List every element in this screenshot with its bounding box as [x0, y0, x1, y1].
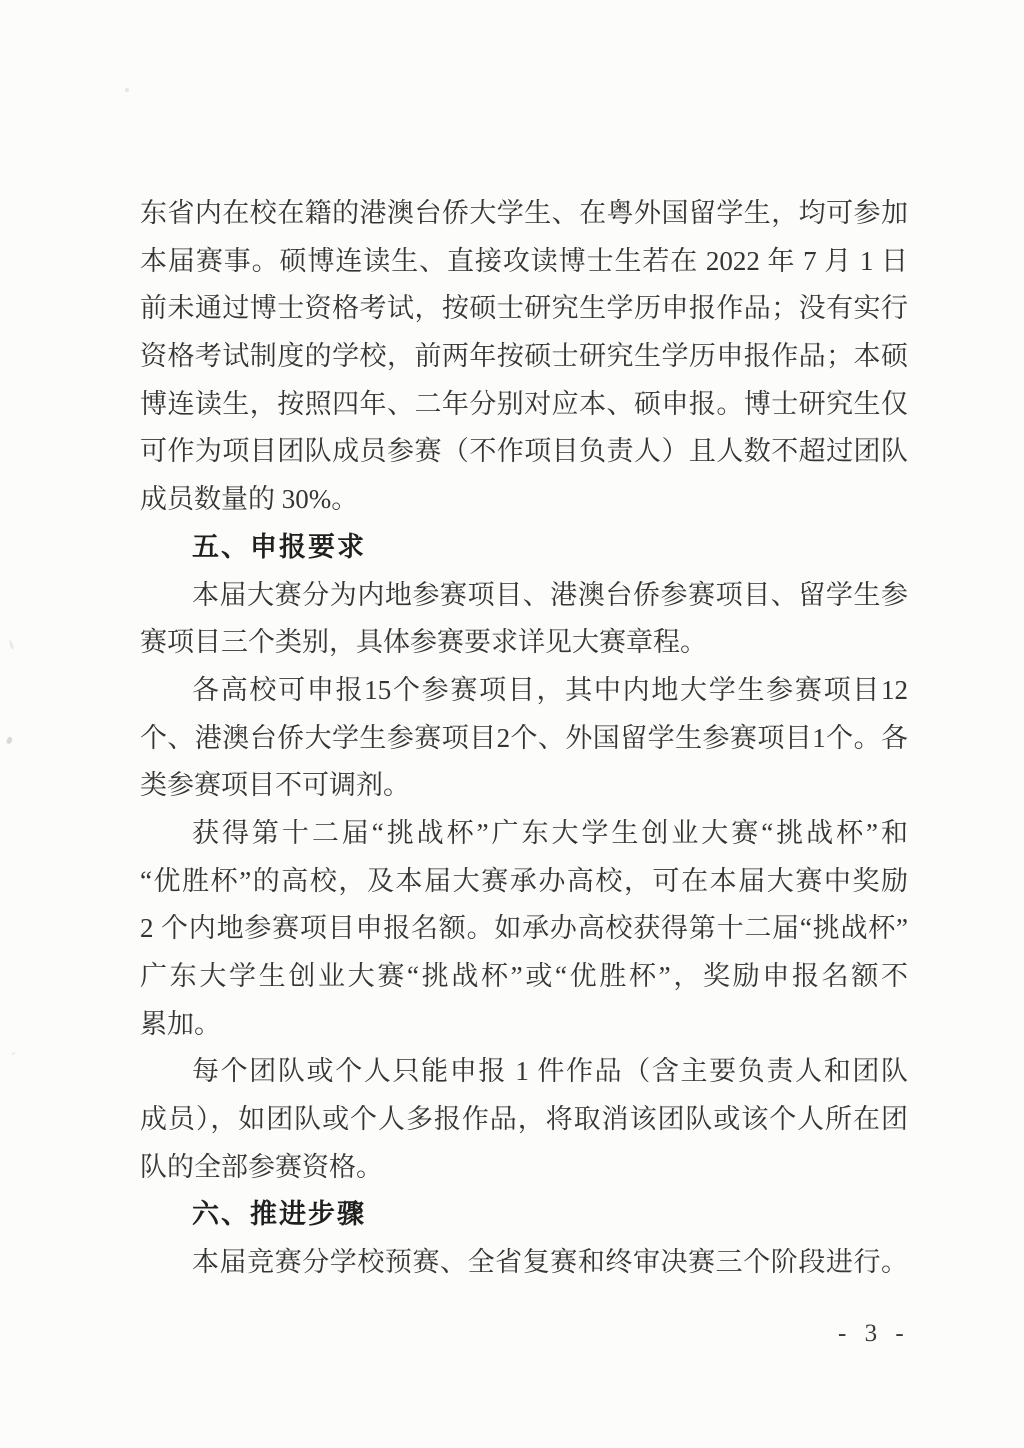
section-heading: 六、推进步骤 — [140, 1191, 908, 1239]
document-line: 2 个内地参赛项目申报名额。如承办高校获得第十二届“挑战杯” — [140, 905, 908, 953]
scan-artifact — [12, 1052, 15, 1055]
document-line: 东省内在校在籍的港澳台侨大学生、在粤外国留学生，均可参加 — [140, 190, 908, 238]
document-line: 成员数量的 30%。 — [140, 476, 908, 524]
document-line: 个、港澳台侨大学生参赛项目2个、外国留学生参赛项目1个。各 — [140, 715, 908, 763]
document-line: 成员），如团队或个人多报作品，将取消该团队或该个人所在团 — [140, 1096, 908, 1144]
document-line: 累加。 — [140, 1001, 908, 1049]
document-line: 获得第十二届“挑战杯”广东大学生创业大赛“挑战杯”和 — [140, 810, 908, 858]
scan-artifact — [9, 640, 15, 650]
document-line: 本届大赛分为内地参赛项目、港澳台侨参赛项目、留学生参 — [140, 572, 908, 620]
document-line: 前未通过博士资格考试，按硕士研究生学历申报作品；没有实行 — [140, 285, 908, 333]
document-line: 博连读生，按照四年、二年分别对应本、硕申报。博士研究生仅 — [140, 381, 908, 429]
section-heading: 五、申报要求 — [140, 524, 908, 572]
document-line: 类参赛项目不可调剂。 — [140, 762, 908, 810]
document-line: 广东大学生创业大赛“挑战杯”或“优胜杯”，奖励申报名额不 — [140, 953, 908, 1001]
document-line: 队的全部参赛资格。 — [140, 1144, 908, 1192]
scan-artifact — [6, 736, 13, 744]
document-line: “优胜杯”的高校，及本届大赛承办高校，可在本届大赛中奖励 — [140, 858, 908, 906]
document-line: 赛项目三个类别，具体参赛要求详见大赛章程。 — [140, 619, 908, 667]
document-line: 各高校可申报15个参赛项目，其中内地大学生参赛项目12 — [140, 667, 908, 715]
page-number: - 3 - — [838, 1320, 910, 1348]
document-line: 每个团队或个人只能申报 1 件作品（含主要负责人和团队 — [140, 1048, 908, 1096]
scan-artifact — [125, 88, 129, 92]
document-line: 可作为项目团队成员参赛（不作项目负责人）且人数不超过团队 — [140, 428, 908, 476]
document-line: 本届赛事。硕博连读生、直接攻读博士生若在 2022 年 7 月 1 日 — [140, 238, 908, 286]
document-body: 东省内在校在籍的港澳台侨大学生、在粤外国留学生，均可参加本届赛事。硕博连读生、直… — [140, 190, 908, 1287]
document-line: 本届竞赛分学校预赛、全省复赛和终审决赛三个阶段进行。 — [140, 1239, 908, 1287]
document-line: 资格考试制度的学校，前两年按硕士研究生学历申报作品；本硕 — [140, 333, 908, 381]
document-page: 东省内在校在籍的港澳台侨大学生、在粤外国留学生，均可参加本届赛事。硕博连读生、直… — [0, 0, 1024, 1448]
